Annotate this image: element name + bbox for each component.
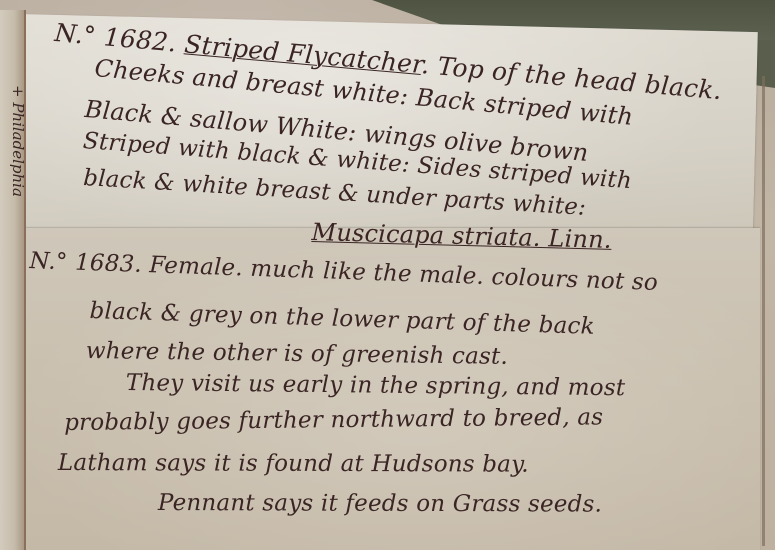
entry-number: N.° 1683. — [29, 248, 142, 278]
entry-title: Female. — [149, 252, 243, 281]
entry-1683-line-6: Latham says it is found at Hudsons bay. — [58, 450, 529, 478]
right-paper-edge — [762, 76, 765, 546]
entry-1683-line-4: They visit us early in the spring, and m… — [126, 370, 626, 401]
manuscript-photo: N.° 1682. Striped Flycatcher. Top of the… — [0, 0, 775, 550]
entry-1683-line-7: Pennant says it feeds on Grass seeds. — [158, 490, 602, 518]
margin-note: + Philadelphia — [9, 85, 27, 197]
